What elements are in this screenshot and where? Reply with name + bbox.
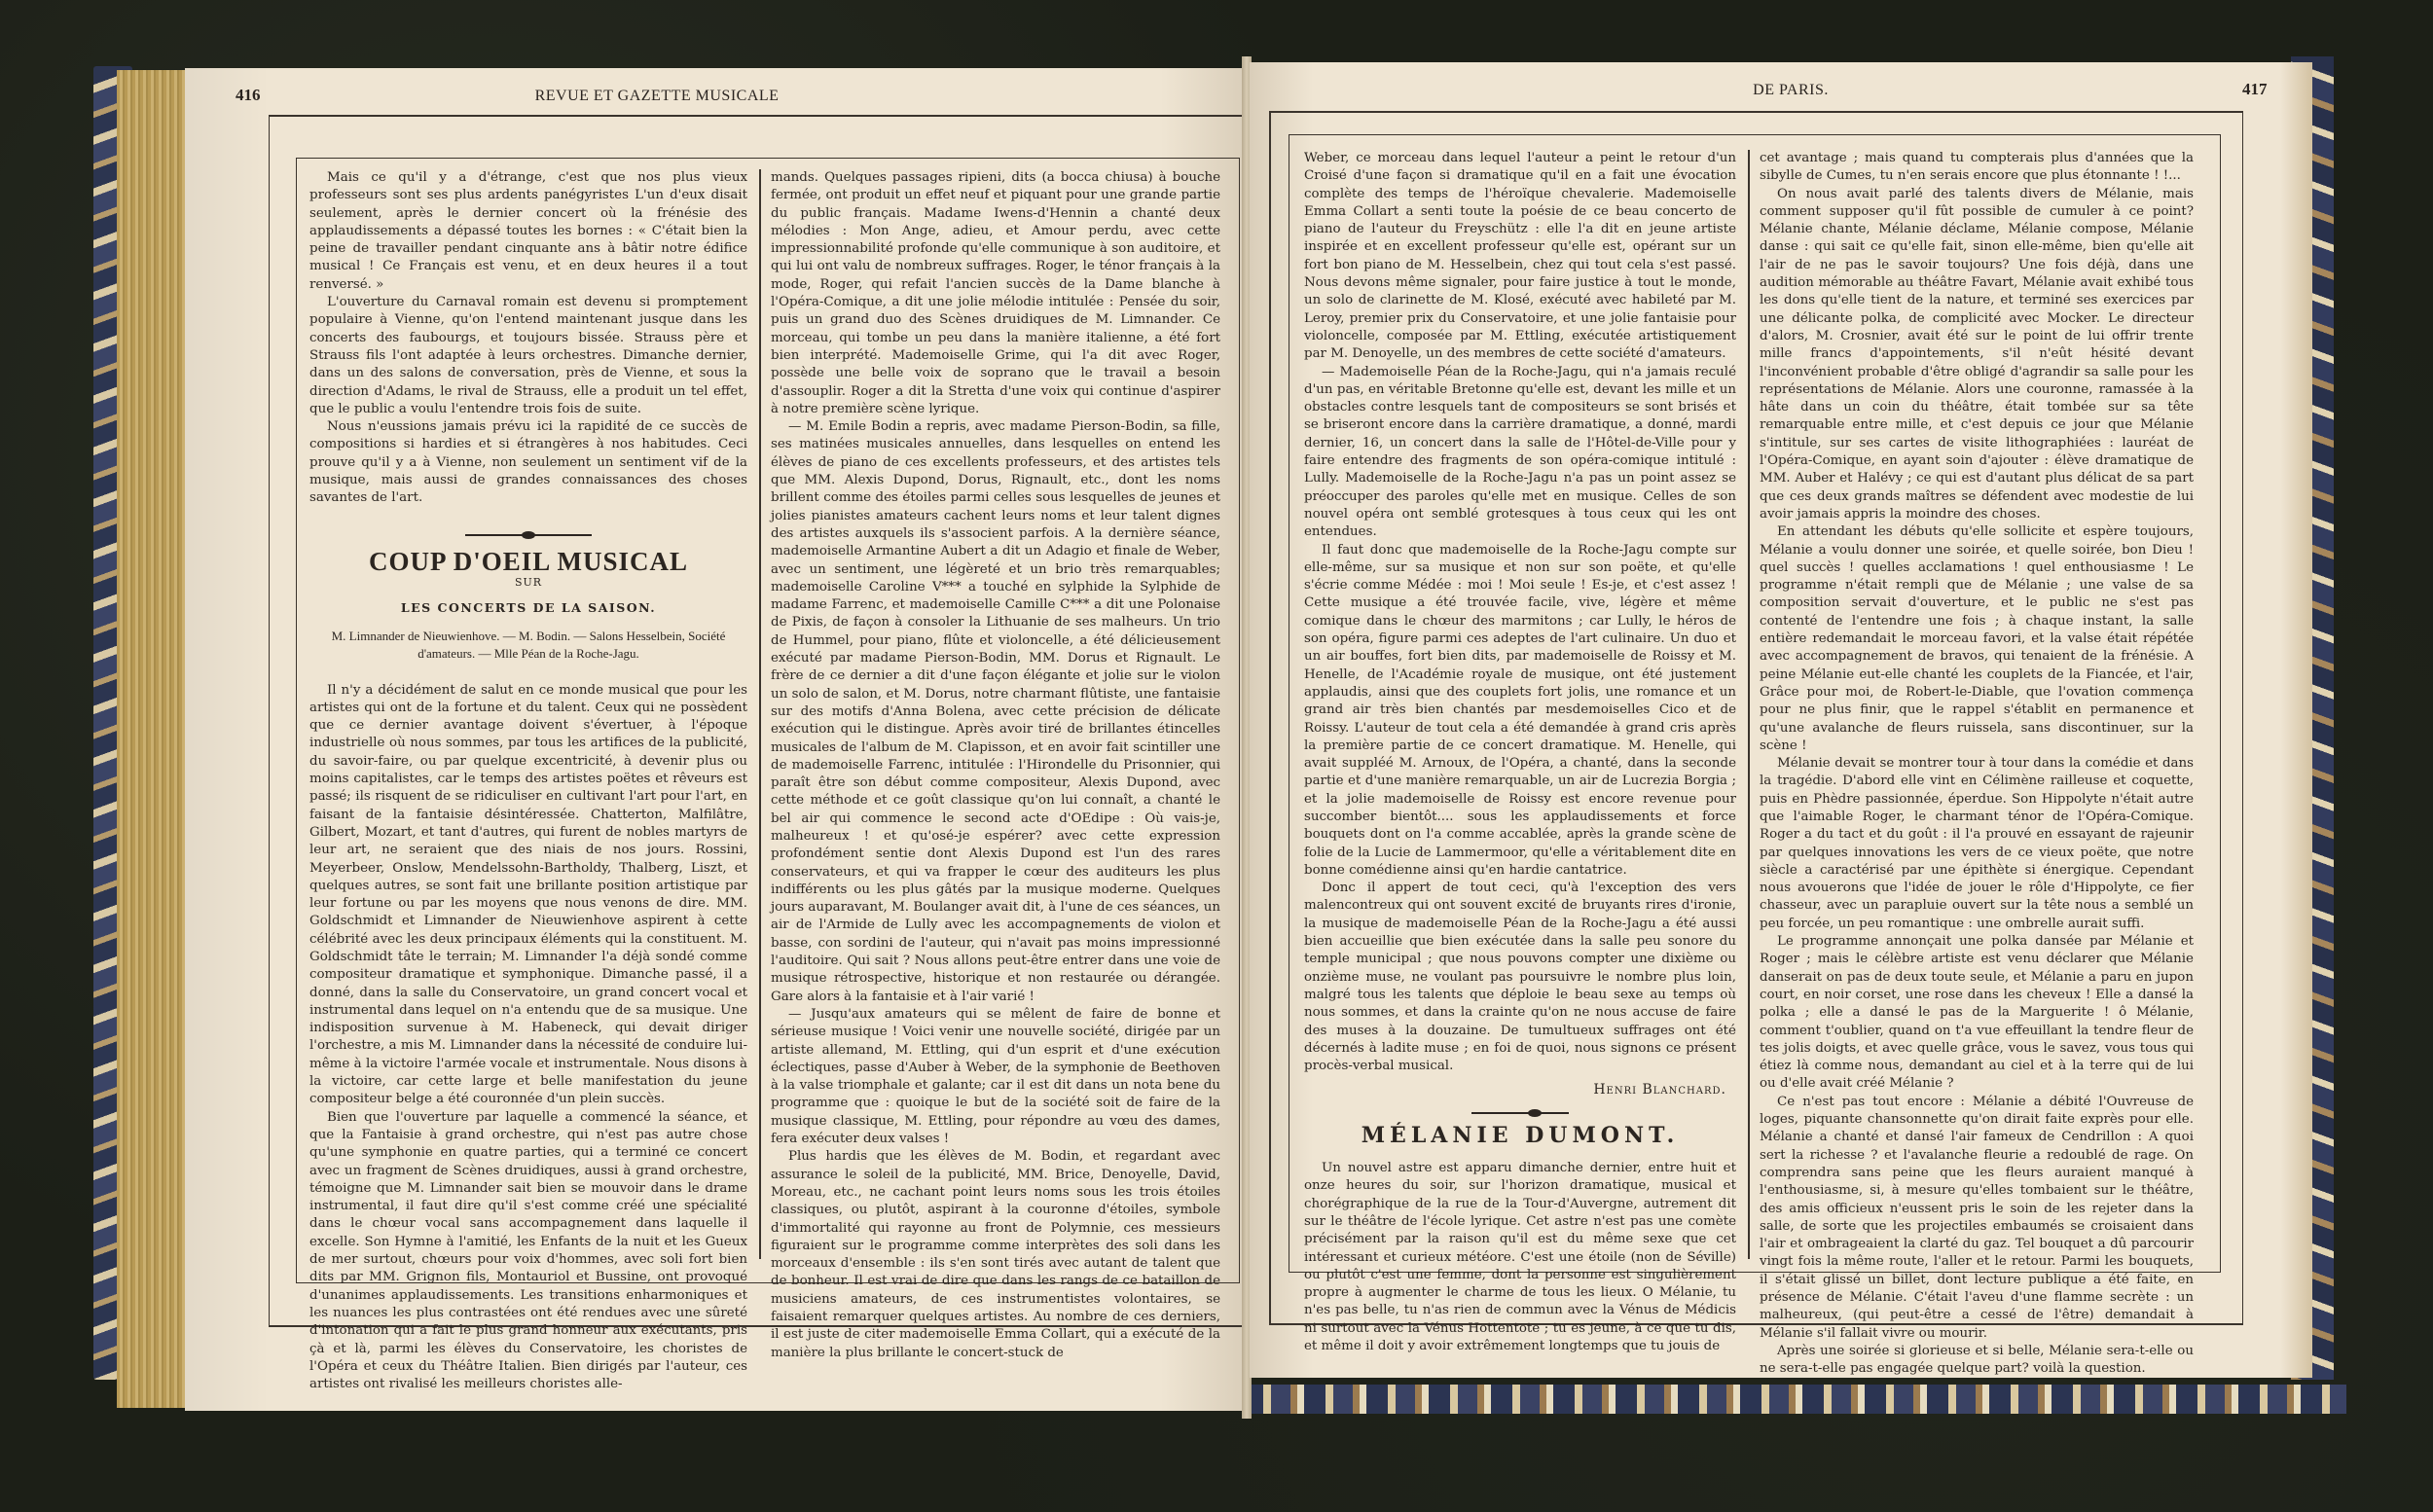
section-sur: SUR xyxy=(309,574,747,592)
page-number: 417 xyxy=(2242,80,2268,99)
paragraph: Après une soirée si glorieuse et si bell… xyxy=(1760,1343,2194,1379)
column-1: Mais ce qu'il y a d'étrange, c'est que n… xyxy=(309,169,747,1393)
paragraph: — Jusqu'aux amateurs qui se mêlent de fa… xyxy=(771,1006,1220,1148)
section-title: COUP D'OEIL MUSICAL xyxy=(309,553,747,570)
paragraph: — M. Emile Bodin a repris, avec madame P… xyxy=(771,418,1220,1006)
paragraph: Weber, ce morceau dans lequel l'auteur a… xyxy=(1304,150,1736,364)
author-signature: Henri Blanchard. xyxy=(1304,1081,1726,1098)
paragraph: — Mademoiselle Péan de la Roche-Jagu, qu… xyxy=(1304,364,1736,542)
paragraph: Ce n'est pas tout encore : Mélanie a déb… xyxy=(1760,1094,2194,1343)
section-title: MÉLANIE DUMONT. xyxy=(1304,1127,1736,1144)
paragraph: Mélanie devait se montrer tour à tour da… xyxy=(1760,755,2194,933)
paragraph: Le programme annonçait une polka dansée … xyxy=(1760,933,2194,1094)
running-head: DE PARIS. xyxy=(1250,82,2312,99)
paragraph: On nous avait parlé des talents divers d… xyxy=(1760,186,2194,524)
paragraph: Mais ce qu'il y a d'étrange, c'est que n… xyxy=(309,169,747,294)
column-1: Weber, ce morceau dans lequel l'auteur a… xyxy=(1304,150,1736,1355)
paragraph: En attendant les débuts qu'elle sollicit… xyxy=(1760,523,2194,755)
right-page: DE PARIS. 417 Weber, ce morceau dans leq… xyxy=(1250,62,2312,1378)
column-2: cet avantage ; mais quand tu compterais … xyxy=(1760,150,2194,1378)
ornament-divider xyxy=(1471,1109,1569,1117)
paragraph: Nous n'eussions jamais prévu ici la rapi… xyxy=(309,418,747,507)
column-rule xyxy=(759,169,761,1259)
section-topics: M. Limnander de Nieuwienhove. — M. Bodin… xyxy=(309,628,747,663)
open-book: 416 REVUE ET GAZETTE MUSICALE Mais ce qu… xyxy=(93,56,2334,1458)
left-page: 416 REVUE ET GAZETTE MUSICALE Mais ce qu… xyxy=(185,68,1246,1411)
paragraph: Il faut donc que mademoiselle de la Roch… xyxy=(1304,542,1736,881)
paragraph: Bien que l'ouverture par laquelle a comm… xyxy=(309,1109,747,1394)
paragraph: cet avantage ; mais quand tu compterais … xyxy=(1760,150,2194,186)
marbled-cover-bottom xyxy=(1242,1385,2346,1414)
column-2: mands. Quelques passages ripieni, dits (… xyxy=(771,169,1220,1362)
ornament-divider xyxy=(465,531,592,539)
paragraph: mands. Quelques passages ripieni, dits (… xyxy=(771,169,1220,418)
paragraph: Il n'y a décidément de salut en ce monde… xyxy=(309,682,747,1109)
running-head: REVUE ET GAZETTE MUSICALE xyxy=(185,88,1246,105)
paragraph: Plus hardis que les élèves de M. Bodin, … xyxy=(771,1148,1220,1362)
column-rule xyxy=(1748,150,1750,1259)
paragraph: Un nouvel astre est apparu dimanche dern… xyxy=(1304,1160,1736,1355)
paragraph: L'ouverture du Carnaval romain est deven… xyxy=(309,294,747,418)
section-subtitle: LES CONCERTS DE LA SAISON. xyxy=(309,599,747,617)
paragraph: Donc il appert de tout ceci, qu'à l'exce… xyxy=(1304,880,1736,1075)
